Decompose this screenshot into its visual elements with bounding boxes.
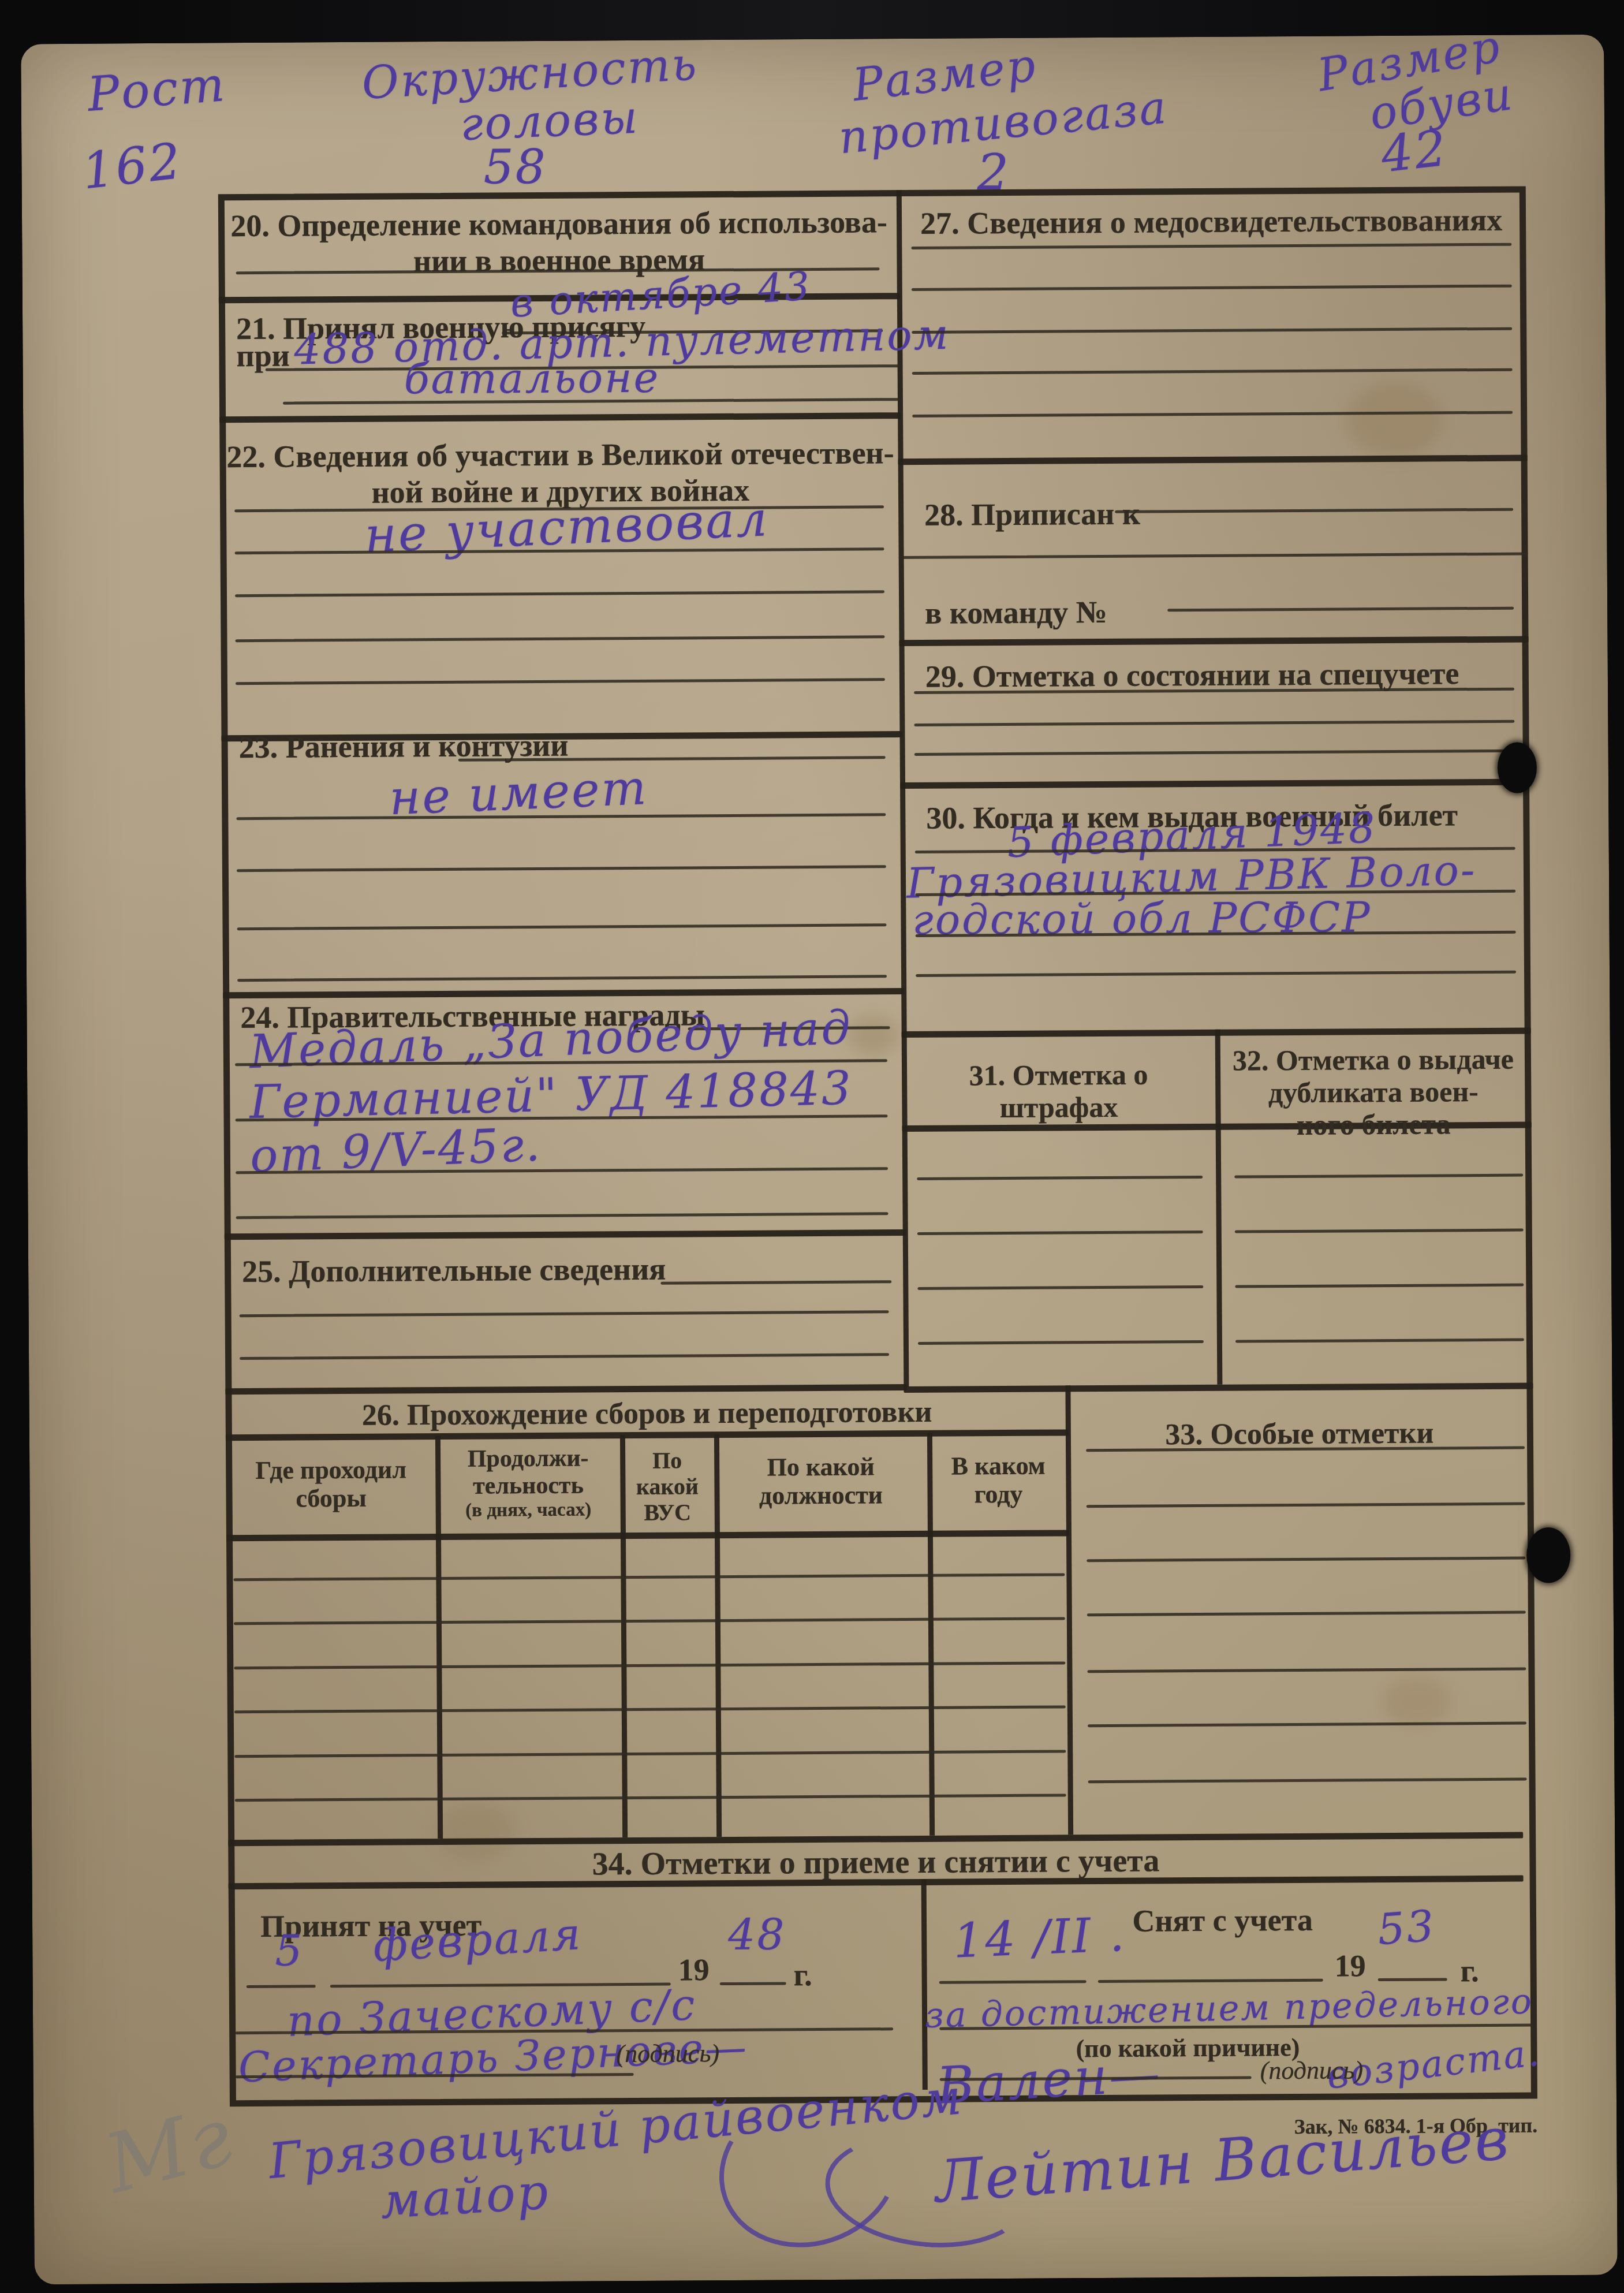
scan-canvas: Рост 162 Окружность головы 58 Размер про… [0, 0, 1624, 2293]
footer-rank-handwriting: майор [379, 2167, 551, 2225]
table-26-col-header-vus: По какой ВУС [622, 1448, 713, 1526]
table-26-col-header-duration: Продолжи- тельность (в днях, часах) [437, 1445, 619, 1522]
field-34-accepted-sign-label: (подпись) [616, 2039, 719, 2068]
field-34-removed-year-prefix: 19 [1334, 1948, 1365, 1983]
col-header-line: По какой [716, 1452, 925, 1482]
col-header-line: В каком [929, 1451, 1067, 1481]
height-value: 162 [80, 136, 185, 197]
punch-hole [1526, 1527, 1571, 1583]
field-32-title: 32. Отметка о выдаче дубликата воен- ног… [1215, 1042, 1532, 1141]
field-34-removed-year-handwriting: 53 [1376, 1904, 1436, 1951]
pencil-mark: Мг [98, 2096, 241, 2206]
field-21-unit2-handwriting: батальоне [404, 357, 660, 400]
field-31-title-line2: штрафах [902, 1090, 1215, 1124]
col-header-line: По [622, 1448, 712, 1474]
field-32-title-line2: дубликата воен- [1215, 1075, 1531, 1109]
table-26-col-header-position: По какой должности [716, 1452, 926, 1511]
field-34-removed-sign-label: (подпись) [1260, 2056, 1364, 2085]
field-22-title-line1: 22. Сведения об участии в Великой отечес… [219, 435, 901, 475]
field-27-title: 27. Сведения о медосвидетельствованиях [897, 202, 1526, 241]
date-line-segment [720, 1982, 786, 1985]
table-26-col-header-year: В каком году [929, 1451, 1068, 1509]
height-label: Рост [86, 61, 228, 119]
col-header-line: (в днях, часах) [438, 1499, 619, 1522]
field-20-title-line1: 20. Определение командования об использо… [218, 204, 899, 244]
field-28-label1: 28. Приписан к [924, 497, 1140, 533]
field-34-accepted-day-handwriting: 5 [275, 1929, 304, 1972]
field-28-label2: в команду № [925, 595, 1107, 631]
field-25-label: 25. Дополнительные сведения [242, 1252, 666, 1289]
table-26-col-header-location: Где проходил сборы [227, 1455, 435, 1513]
field-34-removed-date-handwriting: 14 /II . [953, 1911, 1127, 1966]
field-34-accepted-month-handwriting: февраля [372, 1912, 583, 1968]
punch-hole [1498, 742, 1537, 793]
field-32-title-line3: ного билета [1215, 1107, 1531, 1141]
col-header-line: сборы [227, 1483, 435, 1513]
shoe-size-value: 42 [1379, 124, 1450, 180]
head-circumference-value: 58 [483, 144, 547, 192]
field-32-title-line1: 32. Отметка о выдаче [1215, 1042, 1531, 1076]
date-line-segment [1378, 1978, 1447, 1981]
col-header-line: должности [716, 1481, 925, 1510]
col-header-line: тельность [437, 1472, 619, 1500]
document-paper: Рост 162 Окружность головы 58 Размер про… [21, 35, 1618, 2285]
footer-signature-handwriting: Лейтин Васильев [933, 2110, 1512, 2211]
col-header-line: Продолжи- [437, 1445, 619, 1473]
field-23-handwriting: не имеет [389, 765, 649, 822]
col-header-line: году [929, 1480, 1067, 1509]
col-header-line: ВУС [622, 1500, 713, 1526]
field-34-accepted-year-handwriting: 48 [728, 1913, 786, 1956]
field-31-title: 31. Отметка о штрафах [902, 1058, 1216, 1124]
field-34-accepted-year-suffix: г. [793, 1958, 812, 1993]
field-31-title-line1: 31. Отметка о [902, 1058, 1215, 1092]
col-header-line: Где проходил [227, 1455, 435, 1485]
col-header-line: какой [622, 1474, 712, 1500]
date-line-segment [247, 1985, 316, 1988]
table-26-title: 26. Прохождение сборов и переподготовки [226, 1395, 1069, 1433]
